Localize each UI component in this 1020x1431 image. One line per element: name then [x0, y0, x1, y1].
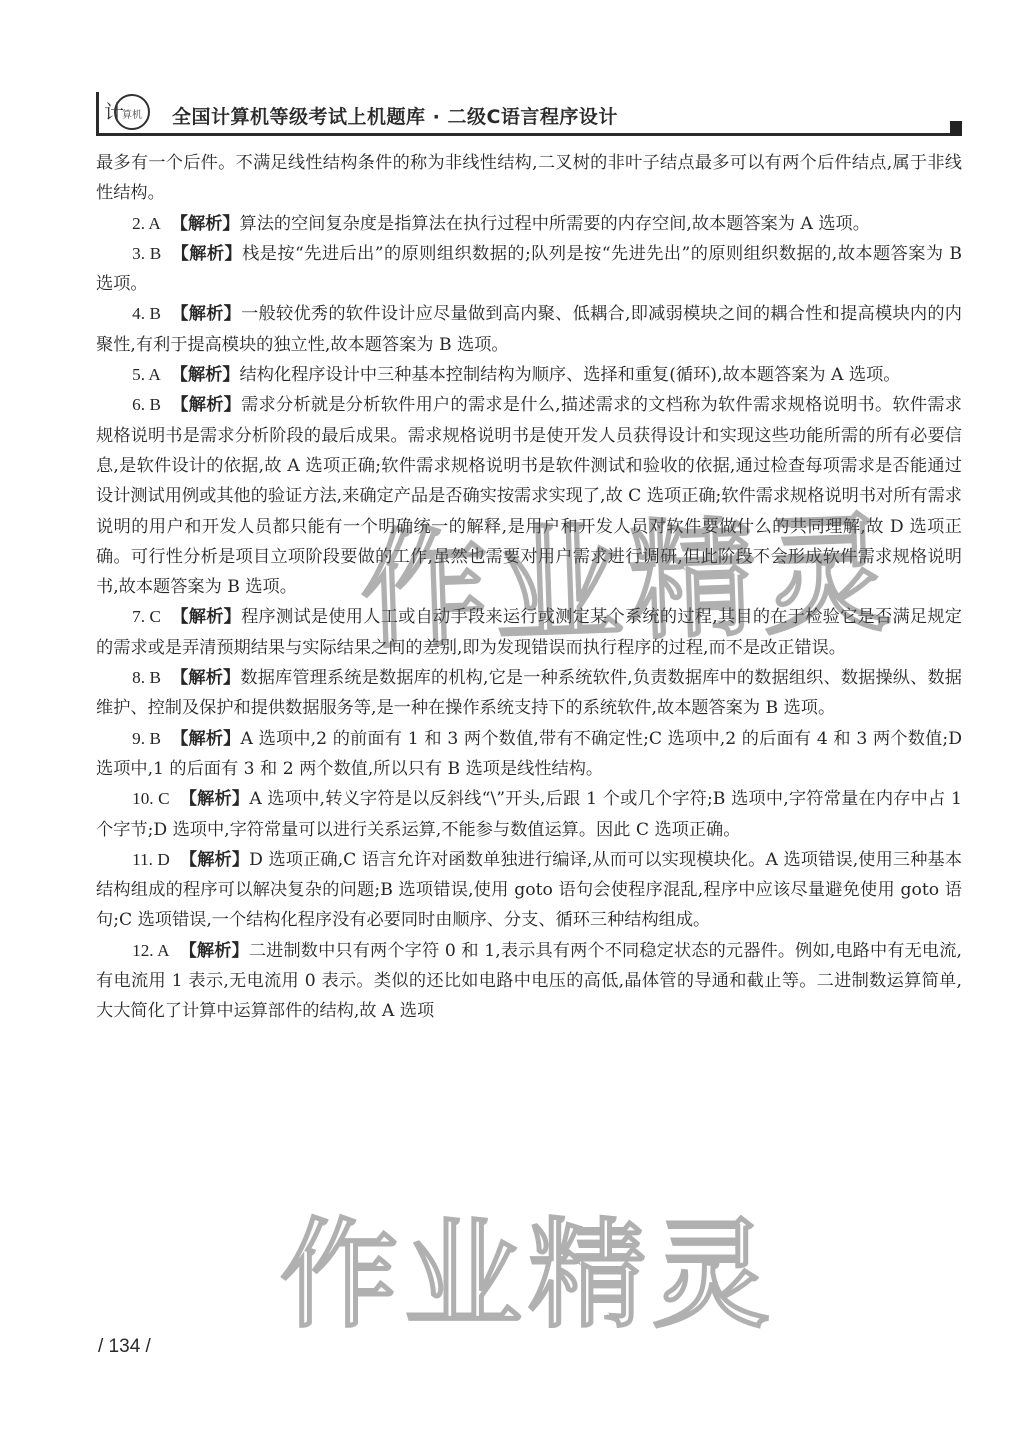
analysis-tag: 【解析】 [171, 607, 241, 627]
book-logo-icon: 计 算机 [104, 94, 150, 132]
analysis-tag: 【解析】 [171, 729, 241, 749]
question-number: 11. D [132, 850, 170, 869]
question-number: 9. B [132, 729, 161, 748]
logo-subtext: 算机 [122, 106, 142, 121]
header-left-rule [96, 92, 99, 136]
answer-item: 9. B【解析】A 选项中,2 的前面有 1 和 3 两个数值,带有不确定性;C… [96, 724, 962, 785]
watermark-text: 作业精灵 [280, 1180, 776, 1350]
analysis-tag: 【解析】 [179, 941, 248, 961]
running-header-title: 全国计算机等级考试上机题库 · 二级C语言程序设计 [172, 102, 618, 129]
question-number: 5. A [132, 365, 161, 384]
question-number: 6. B [132, 395, 161, 414]
question-number: 2. A [132, 214, 161, 233]
logo-char: 计 [104, 96, 124, 125]
analysis-tag: 【解析】 [171, 244, 242, 264]
analysis-tag: 【解析】 [171, 214, 240, 234]
header-bottom-rule [96, 133, 958, 136]
analysis-tag: 【解析】 [171, 365, 240, 385]
answer-item: 8. B【解析】数据库管理系统是数据库的机构,它是一种系统软件,负责数据库中的数… [96, 663, 962, 724]
answer-item: 10. C【解析】A 选项中,转义字符是以反斜线“\”开头,后跟 1 个或几个字… [96, 784, 962, 845]
page-header: 计 算机 全国计算机等级考试上机题库 · 二级C语言程序设计 [96, 92, 962, 136]
analysis-tag: 【解析】 [180, 850, 249, 870]
analysis-tag: 【解析】 [180, 789, 250, 809]
answer-text: 算法的空间复杂度是指算法在执行过程中所需要的内存空间,故本题答案为 A 选项。 [240, 214, 870, 234]
question-number: 4. B [132, 304, 161, 323]
answer-item: 4. B【解析】一般较优秀的软件设计应尽量做到高内聚、低耦合,即减弱模块之间的耦… [96, 299, 962, 360]
analysis-tag: 【解析】 [171, 395, 241, 415]
answer-item: 12. A【解析】二进制数中只有两个字符 0 和 1,表示具有两个不同稳定状态的… [96, 936, 962, 1027]
document-page: 计 算机 全国计算机等级考试上机题库 · 二级C语言程序设计 最多有一个后件。不… [0, 0, 1020, 1431]
answer-item: 11. D【解析】D 选项正确,C 语言允许对函数单独进行编译,从而可以实现模块… [96, 845, 962, 936]
analysis-tag: 【解析】 [171, 668, 240, 688]
question-number: 12. A [132, 941, 169, 960]
intro-paragraph: 最多有一个后件。不满足线性结构条件的称为非线性结构,二叉树的非叶子结点最多可以有… [96, 148, 962, 209]
answer-text: 需求分析就是分析软件用户的需求是什么,描述需求的文档称为软件需求规格说明书。软件… [96, 395, 962, 597]
page-number: / 134 / [98, 1336, 151, 1358]
answer-item: 7. C【解析】程序测试是使用人工或自动手段来运行或测定某个系统的过程,其目的在… [96, 602, 962, 663]
answer-item: 5. A【解析】结构化程序设计中三种基本控制结构为顺序、选择和重复(循环),故本… [96, 360, 962, 390]
question-number: 8. B [132, 668, 161, 687]
answer-item: 2. A【解析】算法的空间复杂度是指算法在执行过程中所需要的内存空间,故本题答案… [96, 209, 962, 239]
question-number: 3. B [132, 244, 161, 263]
answer-item: 6. B【解析】需求分析就是分析软件用户的需求是什么,描述需求的文档称为软件需求… [96, 390, 962, 602]
analysis-tag: 【解析】 [171, 304, 241, 324]
answer-text: 结构化程序设计中三种基本控制结构为顺序、选择和重复(循环),故本题答案为 A 选… [240, 365, 901, 385]
question-number: 10. C [132, 789, 169, 808]
question-number: 7. C [132, 607, 161, 626]
answer-explanations: 最多有一个后件。不满足线性结构条件的称为非线性结构,二叉树的非叶子结点最多可以有… [96, 148, 962, 1027]
header-end-block [950, 121, 962, 136]
answer-item: 3. B【解析】栈是按“先进后出”的原则组织数据的;队列是按“先进先出”的原则组… [96, 239, 962, 300]
